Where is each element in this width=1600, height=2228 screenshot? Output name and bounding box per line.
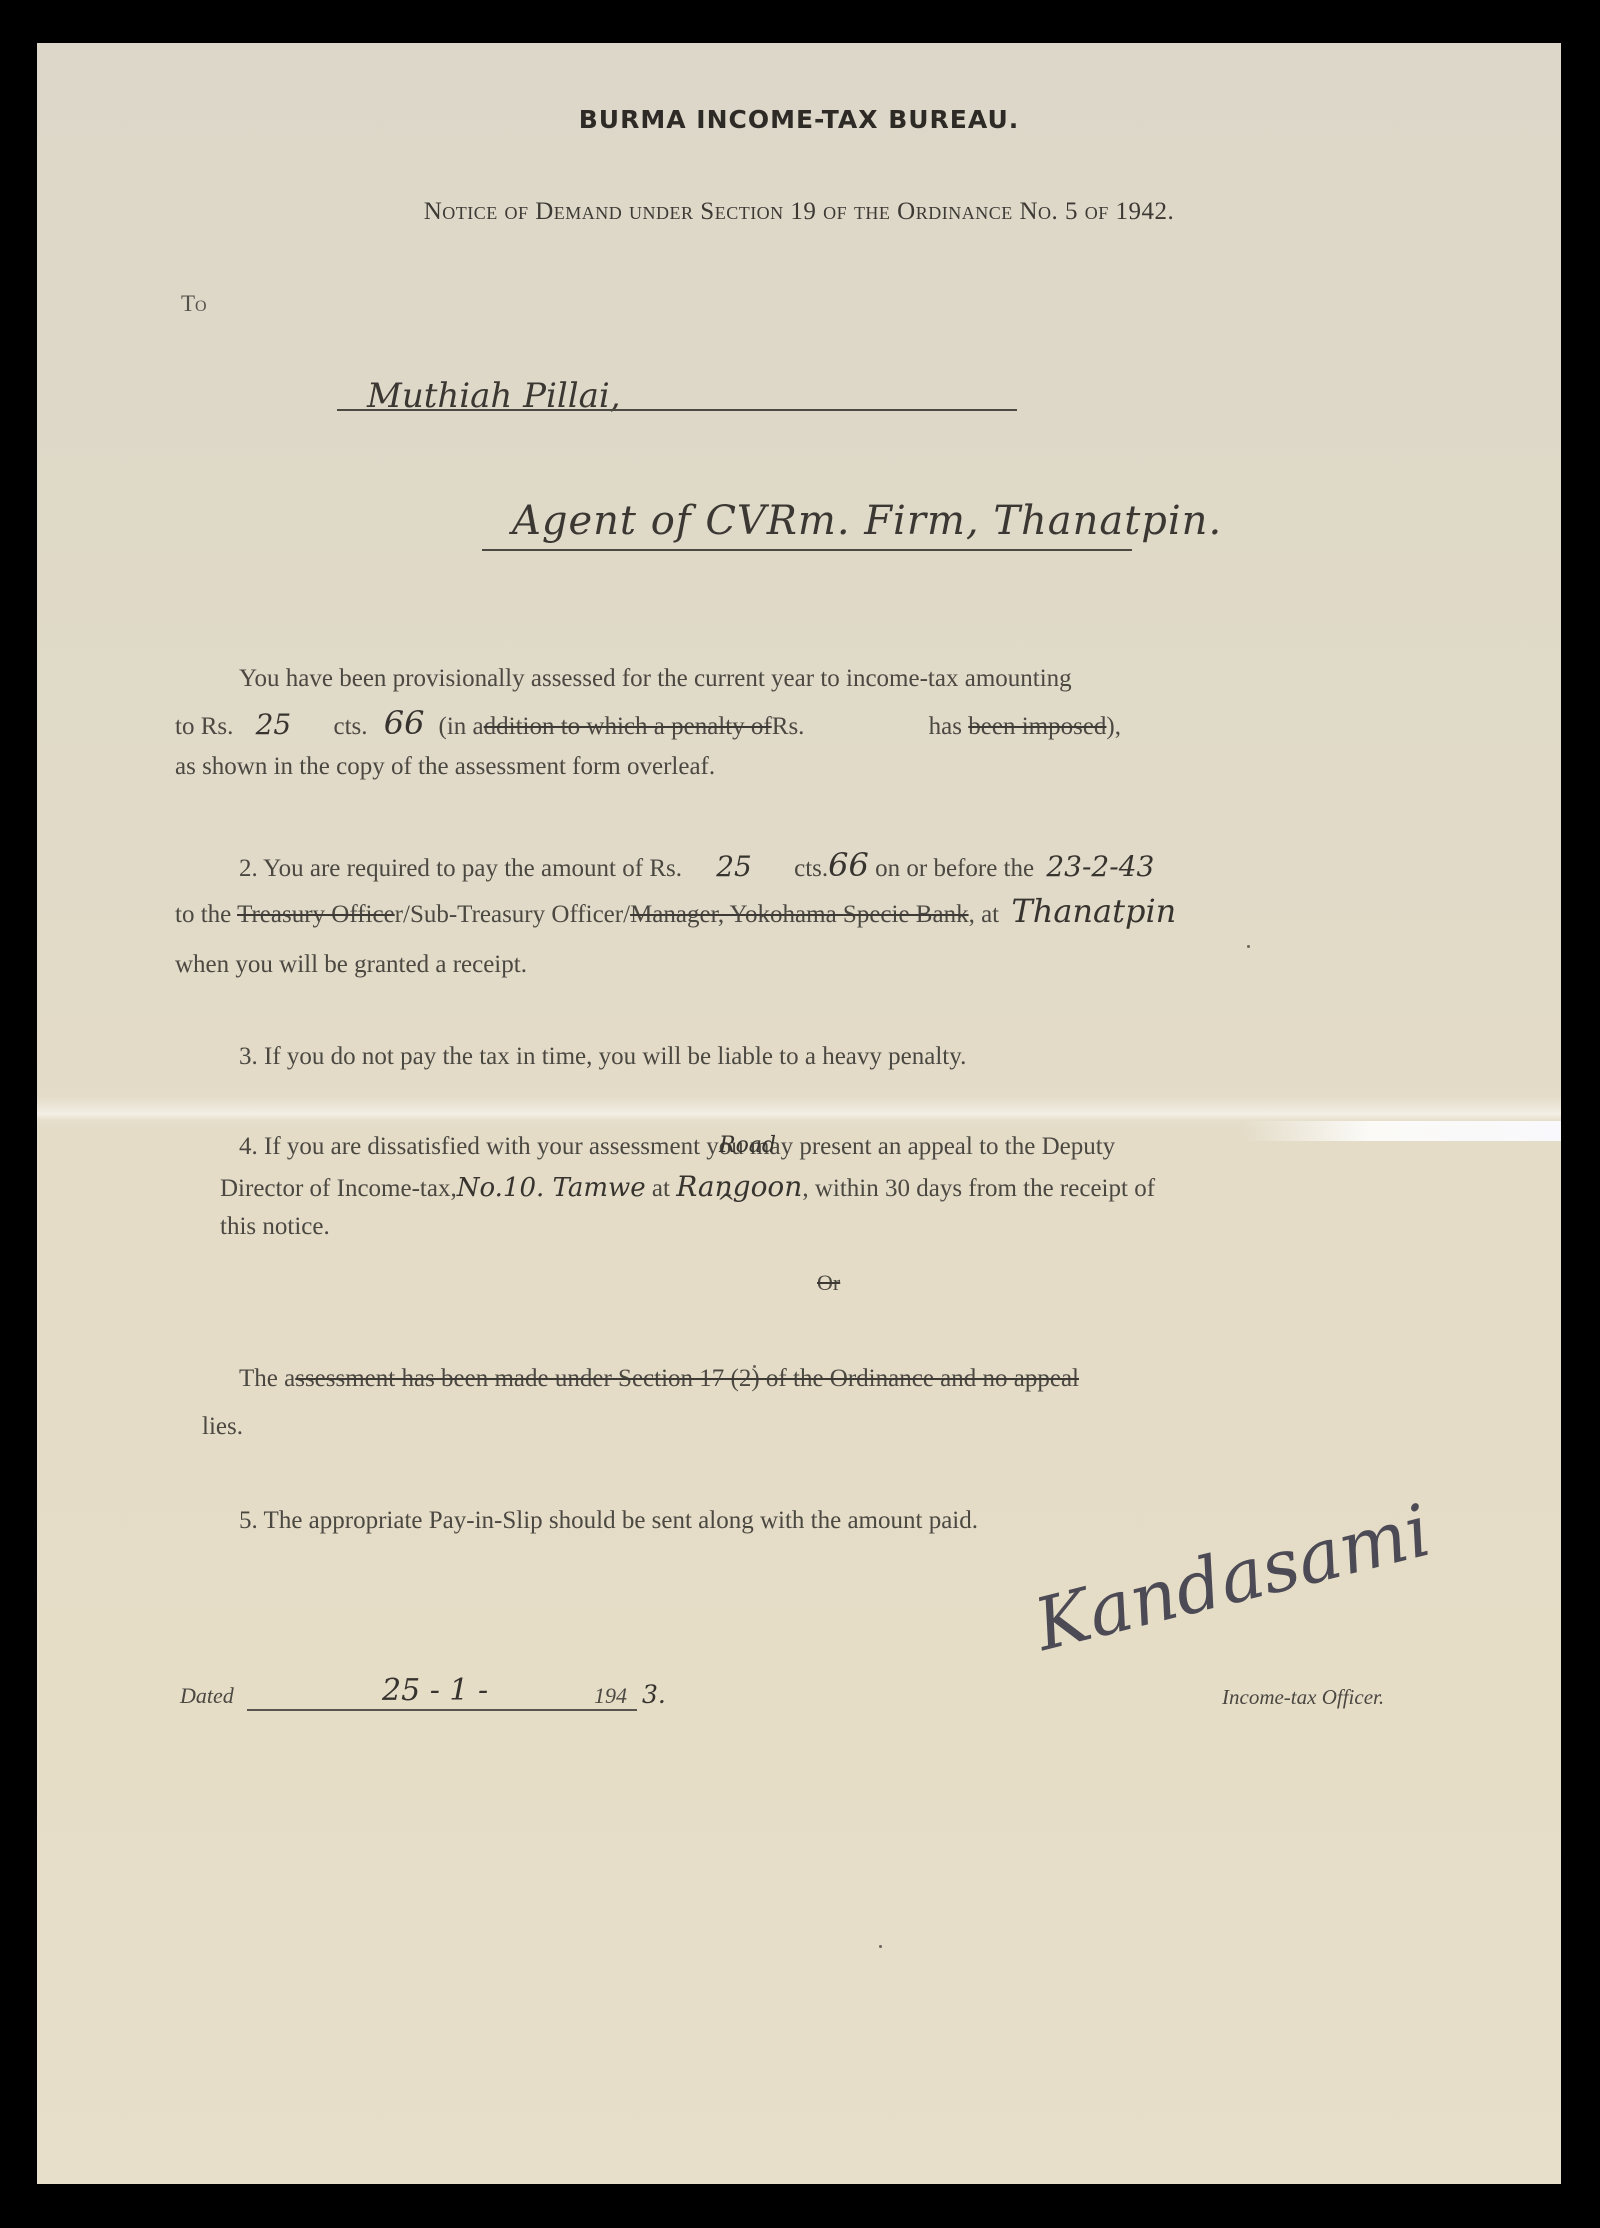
notice-document: BURMA INCOME-TAX BUREAU. Notice of Deman…	[37, 43, 1561, 2184]
insertion-caret-icon: ^	[717, 1191, 735, 1216]
appeal-address: No.10. Tamwe	[457, 1173, 646, 1203]
in-prefix: (in a	[439, 713, 484, 740]
to-the-label: to the	[175, 901, 231, 928]
payment-place: Thanatpin	[1011, 892, 1176, 930]
paper-fold-crease	[37, 1095, 1561, 1129]
or-struck: Or	[817, 1261, 840, 1305]
struck-yokohama-bank: Manager, Yokohama Specie Bank	[630, 901, 969, 928]
struck-section-17-clause: ssessment has been made under Section 17…	[295, 1365, 1079, 1392]
cts-label-2: cts.	[794, 855, 828, 882]
paragraph-3: 3. If you do not pay the tax in time, yo…	[239, 1035, 966, 1079]
cts-label: cts.	[334, 713, 368, 740]
paragraph-2-line-2: to the Treasury Officer/Sub-Treasury Off…	[175, 889, 1176, 937]
to-rs-label: to Rs.	[175, 713, 233, 740]
paragraph-4-line-3: this notice.	[220, 1205, 330, 1249]
dated-value: 25 - 1 -	[382, 1673, 488, 1708]
payment-cents: 66	[828, 846, 869, 884]
paragraph-1-line-2: to Rs. 25 cts. 66(in addition to which a…	[175, 701, 1121, 749]
officer-signature: Kandasami	[1027, 1488, 1439, 1667]
dated-year-prefix: 194	[594, 1683, 627, 1709]
addressee-designation-underline	[482, 549, 1132, 551]
paper-speck	[753, 1365, 756, 1368]
closing-paren: ),	[1106, 713, 1121, 740]
paper-speck	[879, 1945, 882, 1948]
struck-treasury-officer: Treasury Office	[237, 901, 395, 928]
payment-prefix: 2. You are required to pay the amount of…	[239, 855, 682, 882]
rs-label-2: Rs.	[772, 713, 805, 740]
appeal-city: Rangoon	[676, 1170, 802, 1203]
addressee-designation: Agent of CVRm. Firm, Thanatpin.	[512, 498, 1222, 544]
due-date: 23-2-43	[1046, 850, 1154, 883]
paragraph-4-tail: , within 30 days from the receipt of	[802, 1175, 1155, 1202]
bureau-title: BURMA INCOME-TAX BUREAU.	[37, 105, 1561, 134]
paragraph-4-line-1: 4. If you are dissatisfied with your ass…	[239, 1125, 1115, 1169]
due-label: on or before the	[875, 855, 1034, 882]
paragraph-1-line-1: You have been provisionally assessed for…	[239, 657, 1072, 701]
alt-prefix: The a	[239, 1365, 295, 1392]
has-label: has	[929, 713, 962, 740]
sub-treasury-officer: r/Sub-Treasury Officer/	[395, 901, 630, 928]
struck-imposed: been imposed	[968, 713, 1106, 740]
director-label: Director of Income-tax,	[220, 1175, 457, 1202]
road-insertion: Road	[719, 1133, 776, 1158]
notice-subtitle: Notice of Demand under Section 19 of the…	[37, 198, 1561, 226]
at-label-2: at	[652, 1175, 670, 1202]
assessed-rupees: 25	[256, 708, 292, 741]
paper-speck	[1247, 945, 1250, 948]
to-label: To	[181, 291, 207, 317]
officer-title: Income-tax Officer.	[1222, 1685, 1384, 1710]
paper-fold-glare	[1241, 1121, 1561, 1141]
paragraph-2-line-3: when you will be granted a receipt.	[175, 943, 527, 987]
paragraph-2-line-1: 2. You are required to pay the amount of…	[239, 843, 1154, 891]
assessed-cents: 66	[384, 704, 425, 742]
at-label: , at	[969, 901, 1000, 928]
addressee-name-underline	[337, 409, 1017, 411]
paragraph-4-line-2: Director of Income-tax,No.10. Tamwe at R…	[220, 1165, 1155, 1211]
paragraph-1-line-3: as shown in the copy of the assessment f…	[175, 745, 715, 789]
payment-rupees: 25	[716, 850, 752, 883]
alt-paragraph-line-1: The assessment has been made under Secti…	[239, 1357, 1079, 1401]
dated-label: Dated	[180, 1683, 234, 1709]
struck-penalty-clause: ddition to which a penalty of	[484, 713, 772, 740]
dated-underline	[247, 1709, 637, 1711]
alt-paragraph-line-2: lies.	[202, 1405, 243, 1449]
dated-year-suffix: 3.	[642, 1680, 666, 1709]
paragraph-5: 5. The appropriate Pay-in-Slip should be…	[239, 1499, 978, 1543]
